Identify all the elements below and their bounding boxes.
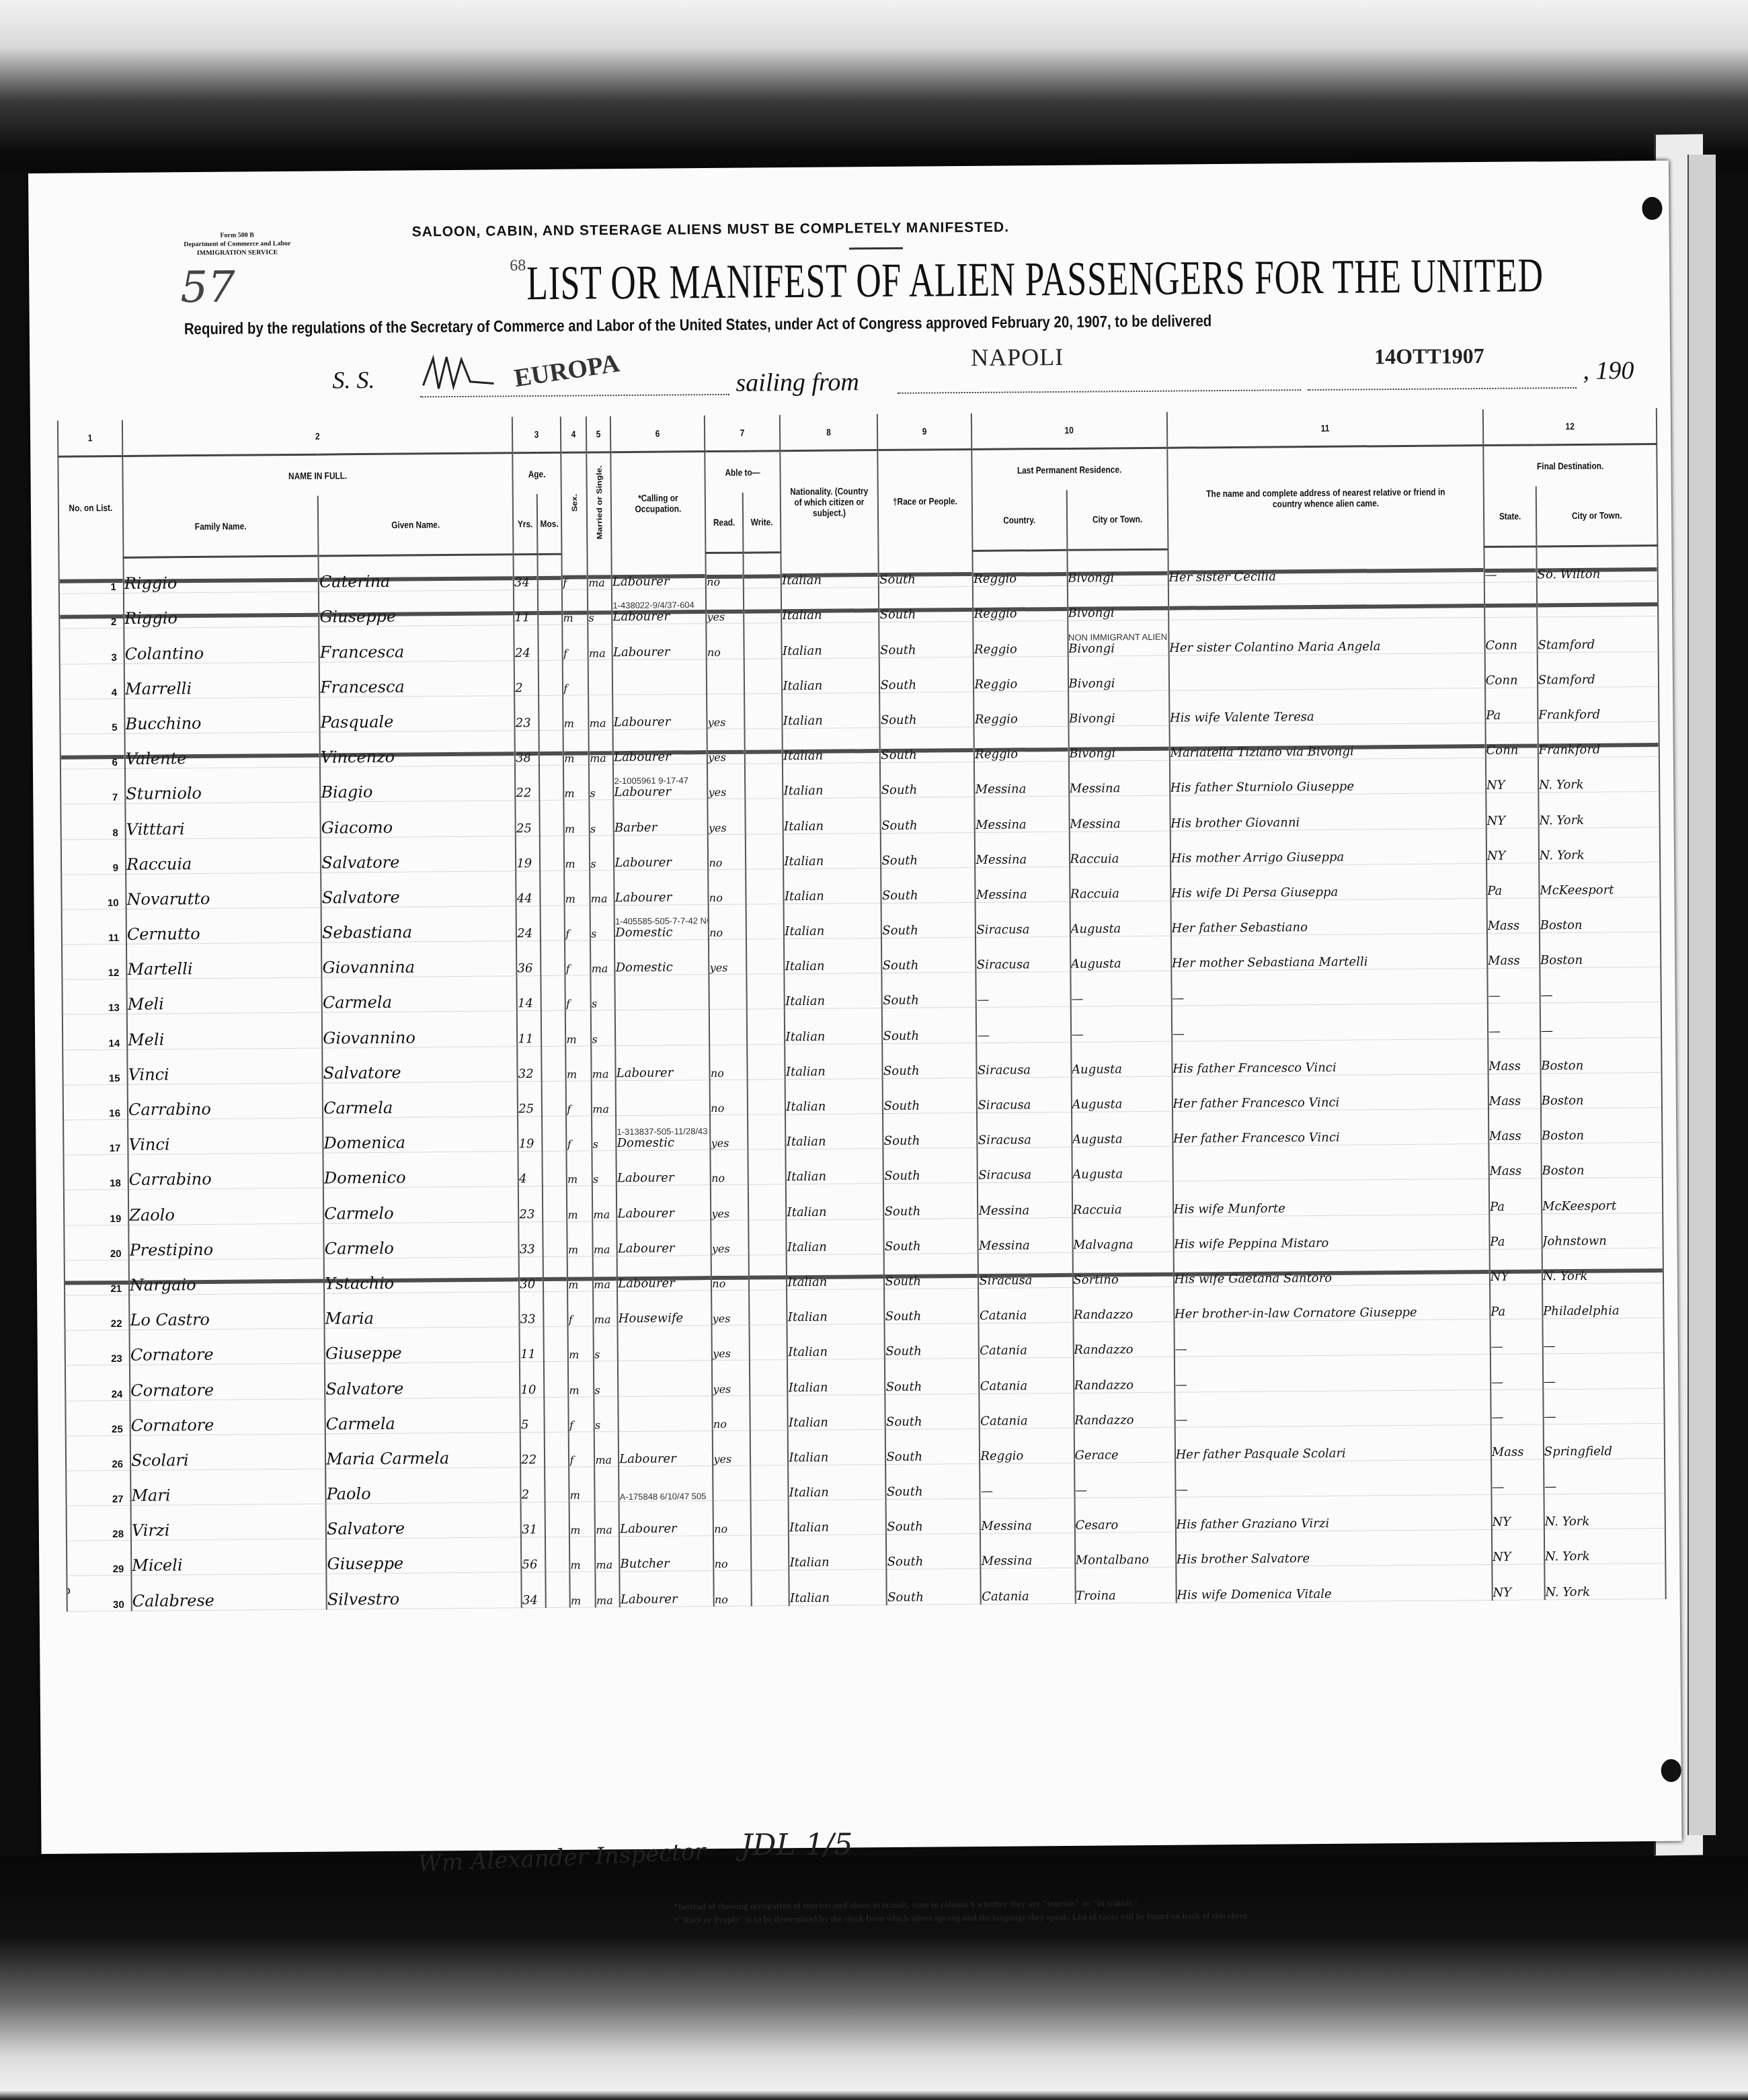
family-name-cell: Bucchino — [124, 697, 320, 733]
marital-status-cell: s — [589, 765, 613, 800]
given-name-cell: Salvatore — [321, 871, 516, 907]
age-yrs-cell: 2 — [514, 660, 539, 695]
race-cell: South — [883, 1078, 977, 1113]
file-annotation: 1-313837-505-11/28/43 — [617, 1127, 709, 1136]
residence-country-value: Siracusa — [979, 1273, 1032, 1288]
marital-status-cell: s — [592, 1116, 616, 1151]
col-number: 8 — [787, 414, 871, 450]
age-mos-cell — [544, 1326, 568, 1361]
given-name-cell: Ystachio — [324, 1257, 520, 1293]
read-cell: no — [708, 834, 746, 870]
age-yrs-value: 56 — [522, 1558, 537, 1572]
given-name-cell: Giovannina — [321, 941, 517, 977]
residence-country-value: Catania — [980, 1309, 1027, 1324]
row-number-cell: 22 — [65, 1295, 129, 1330]
dest-state-value: Conn — [1485, 638, 1517, 652]
marital-status-value: s — [594, 1348, 600, 1361]
read-value: no — [715, 1558, 728, 1570]
departure-date-stamp: 14OTT1907 — [1374, 344, 1484, 369]
given-name-value: Carmela — [326, 1414, 395, 1433]
read-value: yes — [711, 1137, 729, 1149]
age-yrs-cell: 14 — [517, 976, 541, 1011]
race-value: South — [887, 1485, 923, 1499]
nationality-value: Italian — [785, 889, 824, 903]
residence-city-cell: Bivongi — [1067, 585, 1168, 620]
nearest-relative-value: His mother Arrigo Giuseppa — [1171, 850, 1345, 865]
residence-country-cell: Catania — [979, 1322, 1073, 1358]
residence-country-value: Reggio — [980, 1449, 1023, 1463]
read-value: yes — [709, 786, 727, 799]
row-number: 14 — [108, 1038, 120, 1049]
row-number: 24 — [112, 1388, 123, 1400]
dest-state-cell: Pa — [1485, 688, 1538, 723]
file-annotation: 1-405585-505-7-7-42 NO C/A — [615, 916, 708, 926]
sex-value: m — [568, 1279, 578, 1291]
marital-status-cell: ma — [592, 1080, 616, 1115]
given-name-value: Salvatore — [323, 1063, 401, 1082]
residence-country-cell: Reggio — [973, 586, 1067, 622]
residence-country-value: Reggio — [974, 642, 1017, 657]
header-name-in-full: NAME IN FULL. — [152, 453, 484, 497]
nationality-cell: Italian — [789, 1570, 887, 1605]
sheet-corner-number: 68 — [510, 257, 526, 275]
read-value: yes — [713, 1453, 731, 1465]
age-yrs-cell: 5 — [520, 1397, 545, 1432]
marital-status-value: s — [595, 1418, 600, 1431]
race-value: South — [885, 1275, 921, 1289]
nearest-relative-cell: His mother Arrigo Giuseppa — [1170, 828, 1486, 866]
dest-city-cell: — — [1544, 1458, 1665, 1494]
race-cell: South — [881, 902, 976, 938]
residence-city-cell: Cesaro — [1074, 1497, 1175, 1533]
given-name-cell: Silvestro — [327, 1572, 522, 1609]
race-cell: South — [885, 1394, 980, 1429]
age-mos-cell — [543, 1221, 567, 1256]
nearest-relative-cell: Her mother Sebastiana Martelli — [1171, 934, 1488, 971]
sex-cell: m — [565, 1010, 591, 1045]
occupation-cell: Labourer — [613, 729, 707, 765]
nationality-value: Italian — [784, 854, 824, 868]
occupation-cell: Labourer — [617, 1150, 711, 1186]
sex-value: m — [567, 1173, 578, 1186]
nearest-relative-value: Her mother Sebastiana Martelli — [1172, 955, 1368, 971]
age-yrs-value: 33 — [520, 1242, 535, 1256]
col-number: 5 — [588, 416, 609, 452]
age-mos-cell — [543, 1186, 567, 1221]
occupation-cell — [612, 659, 707, 694]
given-name-cell: Paolo — [325, 1467, 521, 1504]
dest-state-cell: — — [1491, 1459, 1544, 1495]
race-value: South — [881, 748, 917, 762]
marital-status-cell: s — [592, 1151, 617, 1186]
age-mos-cell — [545, 1502, 569, 1537]
marital-status-cell: ma — [588, 694, 612, 729]
dest-city-value: — — [1544, 1410, 1556, 1424]
given-name-cell: Salvatore — [321, 836, 516, 872]
occupation-value: Labourer — [617, 1065, 674, 1080]
residence-city-cell: Troina — [1075, 1568, 1176, 1603]
occupation-cell: Labourer — [620, 1571, 714, 1607]
row-number-cell: ADMITTED16 — [63, 1084, 128, 1120]
row-number-cell: 21 — [65, 1260, 129, 1295]
sex-cell: m — [563, 695, 588, 730]
nationality-value: Italian — [788, 1345, 828, 1359]
given-name-cell: Vincenzo — [320, 731, 516, 767]
dest-city-value: Boston — [1542, 1129, 1584, 1143]
nationality-cell: Italian — [788, 1429, 885, 1465]
write-cell — [746, 904, 784, 940]
residence-city-value: Gerace — [1074, 1448, 1118, 1463]
family-name-cell: Carrabino — [128, 1083, 323, 1119]
given-name-cell: Domenica — [323, 1117, 518, 1153]
residence-city-value: Randazzo — [1074, 1378, 1134, 1393]
sex-value: f — [567, 1138, 571, 1151]
nearest-relative-cell: His wife Domenica Vitale — [1176, 1565, 1493, 1603]
nearest-relative-cell: His wife Di Persa Giuseppa — [1170, 863, 1487, 901]
occupation-value: Labourer — [618, 1276, 675, 1291]
age-mos-cell — [543, 1256, 567, 1291]
given-name-value: Vincenzo — [321, 748, 395, 767]
row-number-cell: ADMITTED15 — [63, 1049, 127, 1085]
nationality-cell: Italian — [782, 657, 879, 693]
family-name-value: Lo Castro — [130, 1310, 210, 1330]
race-cell: South — [879, 622, 974, 657]
family-name-value: Cornatore — [131, 1416, 214, 1435]
given-name-cell: Caterina — [319, 555, 514, 592]
dest-state-value: — — [1492, 1480, 1504, 1494]
occupation-value: Domestic — [616, 961, 673, 975]
sex-value: m — [569, 1348, 579, 1361]
row-number-cell: 3 — [59, 629, 124, 664]
age-yrs-value: 10 — [520, 1383, 536, 1397]
dest-state-cell: Mass — [1487, 933, 1540, 969]
nationality-cell: Italian — [782, 622, 879, 658]
sex-cell: m — [565, 1046, 591, 1081]
race-cell: South — [883, 1183, 978, 1219]
dest-state-value: Pa — [1491, 1305, 1505, 1319]
sex-cell: f — [565, 940, 590, 975]
sex-value: f — [563, 647, 567, 659]
sex-value: f — [563, 682, 567, 694]
file-annotation: A-175848 6/10/47 505 — [620, 1492, 713, 1501]
age-yrs-value: 23 — [516, 716, 531, 730]
residence-country-cell: Reggio — [974, 691, 1068, 727]
dest-city-cell: So. Wilton — [1536, 545, 1658, 582]
row-number: 4 — [112, 687, 117, 698]
nearest-relative-value: — — [1175, 1377, 1187, 1391]
read-cell: no — [708, 869, 746, 905]
marital-status-cell: ma — [593, 1221, 617, 1256]
occupation-cell: Labourer — [612, 624, 707, 659]
dest-state-cell: Pa — [1489, 1213, 1542, 1249]
dest-city-cell: Stamford — [1537, 616, 1659, 653]
dest-state-cell: Mass — [1488, 1039, 1540, 1074]
nearest-relative-value: — — [1175, 1412, 1187, 1426]
sex-value: f — [569, 1314, 573, 1326]
read-value: no — [709, 856, 722, 869]
nearest-relative-value: His father Francesco Vinci — [1173, 1061, 1337, 1076]
age-mos-cell — [541, 940, 565, 975]
family-name-cell: Cornatore — [130, 1363, 325, 1400]
row-number-cell: ADMITTED29 — [67, 1541, 131, 1576]
dest-state-cell: NY — [1491, 1494, 1544, 1530]
residence-country-value: Siracusa — [978, 1168, 1031, 1183]
age-yrs-value: 22 — [521, 1453, 537, 1467]
residence-country-cell: Catania — [979, 1287, 1073, 1323]
nationality-value: Italian — [787, 1275, 827, 1289]
row-number: 12 — [108, 967, 120, 979]
write-cell — [746, 834, 783, 869]
row-number-cell: 8 — [61, 804, 125, 840]
nationality-cell: Italian — [789, 1464, 886, 1500]
age-mos-cell — [538, 554, 562, 590]
age-yrs-cell: 10 — [520, 1362, 544, 1397]
given-name-value: Salvatore — [325, 1379, 403, 1398]
residence-country-cell: — — [980, 1463, 1074, 1498]
dest-city-value: Boston — [1542, 1164, 1584, 1178]
header-nearest-relative: The name and complete address of nearest… — [1191, 446, 1460, 549]
dest-city-value: Frankford — [1538, 743, 1600, 758]
residence-city-cell: Raccuia — [1072, 1182, 1173, 1217]
occupation-value: Domestic — [617, 1136, 674, 1151]
read-cell: yes — [708, 799, 746, 834]
row-number: 1 — [110, 581, 116, 593]
read-cell: yes — [711, 1185, 748, 1221]
header-dest-city: City or Town. — [1545, 485, 1648, 547]
marital-status-cell: ma — [588, 624, 612, 659]
dest-city-value: Philadelphia — [1543, 1304, 1620, 1319]
age-yrs-cell: 22 — [515, 766, 539, 801]
residence-country-cell: Catania — [979, 1358, 1073, 1394]
occupation-cell: Labourer — [617, 1185, 711, 1221]
residence-city-value: Randazzo — [1074, 1413, 1134, 1428]
dest-state-value: — — [1491, 1340, 1503, 1354]
nearest-relative-value: Mariatella Tiziano via Bivongi — [1170, 745, 1353, 760]
write-cell — [748, 1115, 785, 1150]
nationality-value: Italian — [788, 1310, 828, 1324]
residence-city-cell: Messina — [1068, 760, 1169, 796]
race-value: South — [881, 818, 918, 832]
residence-city-cell: Augusta — [1070, 901, 1170, 936]
race-cell: South — [883, 1113, 977, 1148]
age-yrs-cell: 24 — [514, 625, 539, 660]
row-number-cell: 14 — [63, 1014, 127, 1050]
dest-city-cell: Springfield — [1543, 1423, 1665, 1459]
header-city: City or Town. — [1074, 489, 1160, 550]
nationality-cell: Italian — [782, 692, 879, 728]
given-name-cell: Carmelo — [323, 1221, 519, 1258]
write-cell — [748, 1149, 786, 1185]
family-name-value: Raccuia — [126, 854, 192, 874]
row-number: 7 — [112, 792, 118, 803]
row-number: 13 — [108, 1002, 120, 1014]
race-value: South — [882, 889, 918, 903]
family-name-cell: Virzi — [131, 1504, 327, 1540]
residence-city-cell: Bivongi — [1067, 549, 1168, 585]
given-name-cell: Giuseppe — [326, 1537, 522, 1574]
marital-status-value: s — [592, 1033, 597, 1045]
dest-city-value: Boston — [1540, 953, 1583, 967]
residence-country-value: Reggio — [974, 607, 1017, 622]
read-cell: yes — [713, 1430, 750, 1466]
read-value: yes — [709, 821, 727, 834]
nearest-relative-value: His wife Domenica Vitale — [1177, 1586, 1331, 1602]
nearest-relative-cell: — — [1171, 1004, 1488, 1041]
write-cell — [750, 1360, 787, 1396]
dest-city-value: Boston — [1541, 1059, 1583, 1073]
read-value: no — [707, 575, 720, 588]
age-mos-cell — [541, 976, 565, 1011]
dest-city-value: Boston — [1542, 1094, 1584, 1108]
marital-status-cell: ma — [589, 730, 613, 765]
residence-country-value: Siracusa — [976, 922, 1029, 937]
nearest-relative-cell: Her sister Colantino Maria Angela — [1168, 618, 1485, 655]
race-value: South — [883, 1028, 919, 1043]
residence-country-value: — — [981, 1484, 993, 1498]
residence-city-value: — — [1075, 1484, 1087, 1498]
nearest-relative-cell: His wife Peppina Mistaro — [1173, 1214, 1490, 1252]
col-number: 10 — [986, 412, 1152, 449]
age-mos-cell — [541, 905, 565, 940]
family-name-cell: Meli — [126, 977, 322, 1014]
punch-hole-icon — [1661, 1759, 1681, 1782]
read-cell: yes — [706, 588, 744, 624]
marital-status-value: ma — [592, 1067, 609, 1080]
family-name-cell: Riggio — [124, 556, 319, 593]
race-value: South — [883, 959, 919, 973]
row-number: 9 — [113, 862, 118, 874]
row-number-cell: 4 — [60, 663, 124, 699]
write-cell — [744, 693, 782, 729]
read-cell: yes — [712, 1325, 750, 1361]
given-name-cell: Salvatore — [322, 1046, 518, 1082]
age-yrs-value: 32 — [518, 1067, 534, 1081]
dest-city-value: — — [1541, 1024, 1553, 1038]
residence-country-cell: Reggio — [974, 621, 1068, 657]
family-name-cell: Miceli — [131, 1539, 327, 1575]
dest-state-cell: Conn — [1484, 617, 1537, 653]
family-name-value: Cernutto — [127, 924, 200, 944]
residence-city-value: Bivongi — [1069, 746, 1115, 761]
nationality-cell: Italian — [789, 1535, 886, 1570]
write-cell — [748, 1080, 785, 1115]
sex-value: m — [565, 822, 575, 835]
nearest-relative-value: His father Sturniolo Giuseppe — [1170, 780, 1354, 795]
nearest-relative-cell: — — [1171, 969, 1488, 1006]
residence-city-value: — — [1071, 992, 1083, 1006]
nationality-cell: Italian — [783, 728, 880, 764]
read-cell — [709, 1010, 747, 1045]
nearest-relative-value: His wife Peppina Mistaro — [1174, 1236, 1328, 1252]
write-cell — [749, 1219, 787, 1255]
row-number-cell: 12 — [62, 944, 126, 979]
occupation-cell: A-175848 6/10/47 505 — [619, 1465, 713, 1501]
marital-status-value: ma — [589, 647, 606, 659]
sex-cell: m — [569, 1537, 595, 1572]
nearest-relative-cell: Her father Pasquale Scolari — [1175, 1424, 1491, 1462]
row-number: 3 — [111, 652, 116, 663]
residence-country-value: — — [977, 993, 989, 1007]
nearest-relative-cell: Her father Sebastiano — [1170, 898, 1487, 936]
dest-state-value: — — [1491, 1375, 1503, 1389]
residence-city-cell: Randazzo — [1074, 1392, 1175, 1428]
nearest-relative-value: Her sister Colantino Maria Angela — [1169, 639, 1380, 655]
age-mos-cell — [544, 1362, 568, 1397]
age-mos-cell — [539, 660, 563, 695]
race-cell: South — [884, 1288, 978, 1324]
age-yrs-value: 44 — [517, 891, 532, 905]
nationality-value: Italian — [783, 678, 822, 692]
residence-city-value: Montalbano — [1076, 1553, 1149, 1568]
read-cell: yes — [711, 1220, 749, 1256]
marital-status-cell: ma — [595, 1537, 619, 1572]
nationality-cell: Italian — [785, 1114, 883, 1149]
given-name-cell: Francesca — [319, 660, 515, 696]
age-yrs-value: 4 — [519, 1172, 527, 1186]
nearest-relative-cell: Her brother-in-law Cornatore Giuseppe — [1174, 1284, 1491, 1322]
nationality-cell: Italian — [783, 798, 881, 834]
nearest-relative-cell: His brother Giovanni — [1170, 793, 1486, 831]
sex-cell: f — [569, 1396, 594, 1431]
occupation-cell: Barber — [614, 799, 708, 835]
nearest-relative-cell: His father Sturniolo Giuseppe — [1169, 758, 1486, 796]
marital-status-cell: ma — [588, 554, 612, 590]
residence-city-cell: NON IMMIGRANT ALIENBivongi — [1068, 620, 1168, 656]
dest-city-cell: N. York — [1544, 1529, 1666, 1565]
race-cell: South — [879, 657, 974, 692]
family-name-cell: Zaolo — [128, 1188, 324, 1224]
nationality-cell: Italian — [787, 1359, 885, 1395]
family-name-value: Meli — [128, 1030, 164, 1049]
given-name-value: Salvatore — [322, 888, 400, 907]
read-cell: no — [713, 1500, 751, 1536]
occupation-cell: Labourer — [619, 1501, 713, 1537]
age-yrs-cell: 11 — [520, 1327, 544, 1362]
scan-background-top — [0, 0, 1748, 175]
dest-state-cell: NY — [1492, 1564, 1544, 1600]
dest-state-value: NY — [1492, 1515, 1511, 1529]
marital-status-cell — [594, 1467, 619, 1502]
nearest-relative-cell: — — [1174, 1355, 1491, 1392]
given-name-value: Sebastiana — [322, 923, 412, 942]
family-name-cell: Novarutto — [126, 873, 321, 909]
nationality-value: Italian — [789, 1415, 828, 1429]
given-name-cell: Carmela — [323, 1082, 518, 1118]
dest-state-cell: Pa — [1486, 863, 1539, 899]
read-value: no — [711, 1172, 725, 1184]
sex-cell: m — [567, 1256, 593, 1291]
family-name-value: Martelli — [127, 959, 192, 979]
read-value: no — [709, 926, 723, 939]
nationality-cell: Italian — [788, 1394, 885, 1430]
age-mos-cell — [540, 871, 564, 905]
residence-city-value: Randazzo — [1074, 1342, 1134, 1357]
age-yrs-value: 34 — [514, 575, 530, 590]
nationality-cell: Italian — [785, 1043, 883, 1079]
sex-value: m — [570, 1559, 580, 1572]
marital-status-value: s — [591, 927, 596, 940]
sex-cell: m — [567, 1186, 592, 1221]
given-name-value: Giovannino — [323, 1028, 415, 1047]
family-name-cell: Scolari — [130, 1434, 326, 1470]
given-name-value: Caterina — [319, 572, 391, 592]
given-name-value: Domenica — [323, 1133, 405, 1153]
race-cell: South — [883, 1043, 977, 1078]
given-name-value: Salvatore — [327, 1519, 405, 1539]
race-cell: South — [879, 551, 973, 587]
family-name-value: Riggio — [124, 609, 177, 629]
write-cell — [747, 974, 785, 1010]
